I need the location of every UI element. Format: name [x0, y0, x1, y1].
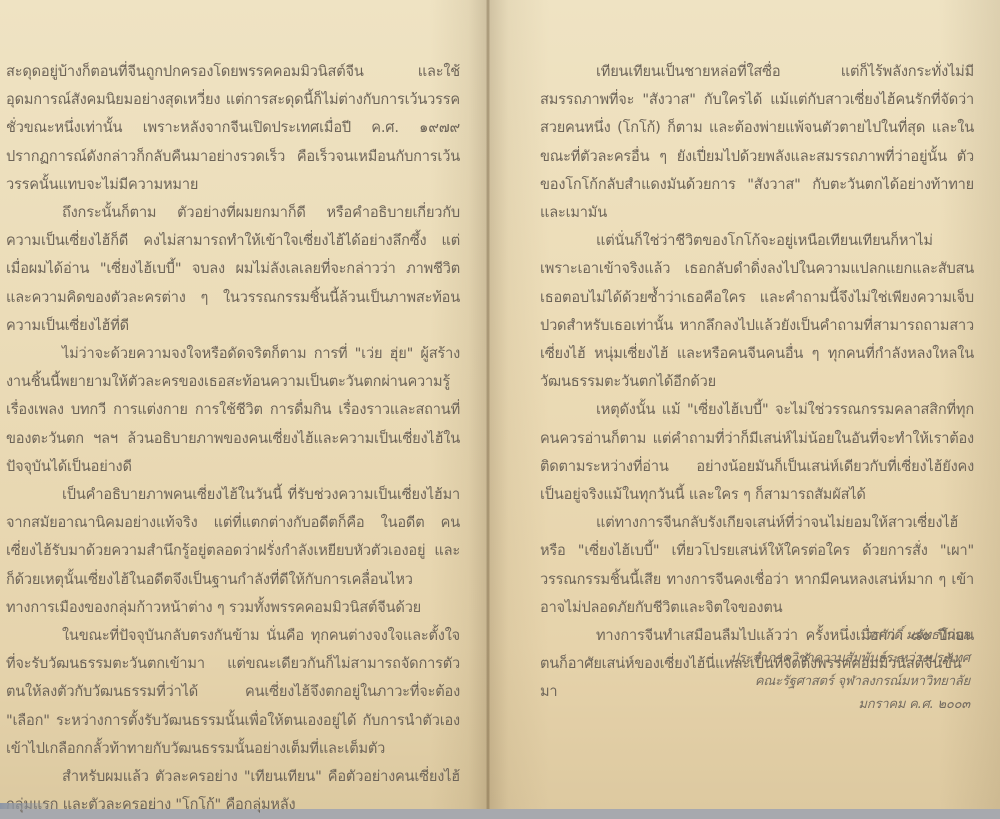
paragraph: เป็นคำอธิบายภาพคนเซี่ยงไฮ้ในวันนี้ ที่รั… [6, 481, 460, 622]
author-name: วรศักดิ์ มหัทธโนบล [730, 624, 970, 647]
book-gutter [486, 0, 490, 809]
author-department: ประจำภาควิชาความสัมพันธ์ระหว่างประเทศ [730, 647, 970, 670]
paragraph: เหตุดังนั้น แม้ "เซี่ยงไฮ้เบบี้" จะไม่ใช… [540, 396, 974, 509]
paragraph: ไม่ว่าจะด้วยความจงใจหรือดัดจริตก็ตาม การ… [6, 340, 460, 481]
paragraph: สะดุดอยู่บ้างก็ตอนที่จีนถูกปกครองโดยพรรค… [6, 58, 460, 199]
open-book-spread: สะดุดอยู่บ้างก็ตอนที่จีนถูกปกครองโดยพรรค… [0, 0, 1000, 809]
table-surface-edge [0, 803, 60, 809]
paragraph: ถึงกระนั้นก็ตาม ตัวอย่างที่ผมยกมาก็ดี หร… [6, 199, 460, 340]
paragraph: แต่นั่นก็ใช่ว่าชีวิตของโกโก้จะอยู่เหนือเ… [540, 227, 974, 396]
paragraph: เทียนเทียนเป็นชายหล่อที่ใสซื่อ แต่ก็ไร้พ… [540, 58, 974, 227]
signature-date: มกราคม ค.ศ. ๒๐๐๓ [730, 693, 970, 716]
left-page: สะดุดอยู่บ้างก็ตอนที่จีนถูกปกครองโดยพรรค… [0, 0, 488, 809]
paragraph: สำหรับผมแล้ว ตัวละครอย่าง "เทียนเทียน" ค… [6, 763, 460, 809]
paragraph: แต่ทางการจีนกลับรังเกียจเสน่ห์ที่ว่าจนไม… [540, 509, 974, 622]
author-faculty: คณะรัฐศาสตร์ จุฬาลงกรณ์มหาวิทยาลัย [730, 670, 970, 693]
right-page: เทียนเทียนเป็นชายหล่อที่ใสซื่อ แต่ก็ไร้พ… [488, 0, 1000, 809]
author-signature-block: วรศักดิ์ มหัทธโนบล ประจำภาควิชาความสัมพั… [730, 624, 970, 716]
paragraph: ในขณะที่ปัจจุบันกลับตรงกันข้าม นั่นคือ ท… [6, 622, 460, 763]
